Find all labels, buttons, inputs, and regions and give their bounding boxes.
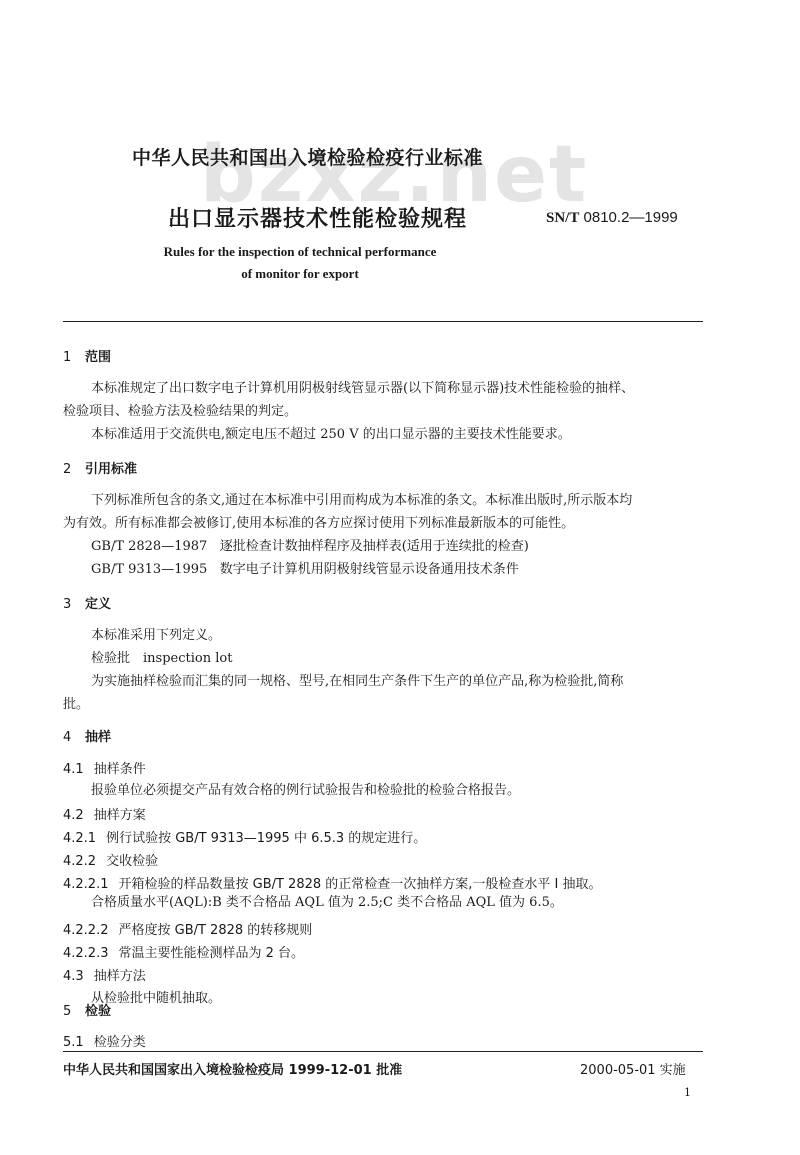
section-2-heading: 2引用标准 <box>63 458 137 477</box>
section-number: 2 <box>63 462 85 477</box>
section-5-heading: 5检验 <box>63 1000 111 1019</box>
footer-divider <box>63 1051 703 1052</box>
clause-4-2-2-3: 4.2.2.3常温主要性能检测样品为 2 台。 <box>63 942 304 965</box>
clause-4-2-1: 4.2.1例行试验按 GB/T 9313—1995 中 6.5.3 的规定进行。 <box>63 827 426 850</box>
section-3-heading: 3定义 <box>63 593 111 612</box>
document-title: 出口显示器技术性能检验规程 <box>168 202 467 233</box>
section-title: 定义 <box>85 597 111 612</box>
section-1-paragraph-2: 本标准适用于交流供电,额定电压不超过 250 V 的出口显示器的主要技术性能要求… <box>91 423 571 446</box>
subsection-title: 交收检验 <box>106 854 158 869</box>
section-title: 引用标准 <box>85 462 137 477</box>
reference-item: GB/T 2828—1987 逐批检查计数抽样程序及抽样表(适用于连续批的检查) <box>91 535 529 558</box>
clause-number: 4.2.2.3 <box>63 946 108 961</box>
header-divider <box>63 321 703 322</box>
clause-4-2-2-1-continuation: 合格质量水平(AQL):B 类不合格品 AQL 值为 2.5;C 类不合格品 A… <box>91 891 563 914</box>
subsection-title: 抽样方案 <box>94 808 146 823</box>
section-4-heading: 4抽样 <box>63 726 111 745</box>
subsection-number: 4.3 <box>63 969 84 984</box>
implementation-date: 2000-05-01 实施 <box>580 1059 686 1078</box>
section-number: 1 <box>63 350 85 365</box>
approval-line: 中华人民共和国国家出入境检验检疫局 1999-12-01 批准 <box>63 1059 402 1078</box>
subsection-5-1-heading: 5.1检验分类 <box>63 1031 146 1050</box>
subsection-title: 抽样条件 <box>94 762 146 777</box>
clause-number: 4.2.2.2 <box>63 923 108 938</box>
section-3-paragraph: 本标准采用下列定义。 <box>91 624 221 647</box>
subsection-number: 5.1 <box>63 1035 84 1050</box>
section-1-heading: 1范围 <box>63 346 111 365</box>
reference-title: 数字电子计算机用阴极射线管显示设备通用技术条件 <box>220 562 519 577</box>
issuer-title: 中华人民共和国出入境检验检疫行业标准 <box>132 143 483 170</box>
reference-code: GB/T 2828—1987 <box>91 539 207 554</box>
subsection-4-2-2-heading: 4.2.2交收检验 <box>63 850 158 869</box>
english-title-line-2: of monitor for export <box>120 266 480 282</box>
reference-title: 逐批检查计数抽样程序及抽样表(适用于连续批的检查) <box>220 539 529 554</box>
section-1-paragraph-1-line-1: 本标准规定了出口数字电子计算机用阴极射线管显示器(以下简称显示器)技术性能检验的… <box>91 377 634 400</box>
reference-item: GB/T 9313—1995 数字电子计算机用阴极射线管显示设备通用技术条件 <box>91 558 519 581</box>
subsection-4-1-heading: 4.1抽样条件 <box>63 758 146 777</box>
clause-number: 4.2.2.1 <box>63 877 108 892</box>
section-title: 检验 <box>85 1004 111 1019</box>
definition-text-line-2: 批。 <box>63 693 89 716</box>
subsection-4-1-text: 报验单位必须提交产品有效合格的例行试验报告和检验批的检验合格报告。 <box>91 779 520 802</box>
section-title: 抽样 <box>85 730 111 745</box>
section-1-paragraph-1-line-2: 检验项目、检验方法及检验结果的判定。 <box>63 400 297 423</box>
subsection-number: 4.2.2 <box>63 854 96 869</box>
subsection-number: 4.1 <box>63 762 84 777</box>
section-number: 3 <box>63 597 85 612</box>
section-number: 4 <box>63 730 85 745</box>
section-2-paragraph-line-2: 为有效。所有标准都会被修订,使用本标准的各方应探讨使用下列标准最新版本的可能性。 <box>63 512 574 535</box>
standard-code: SN/T 0810.2—1999 <box>546 209 678 227</box>
clause-text: 例行试验按 GB/T 9313—1995 中 6.5.3 的规定进行。 <box>106 831 426 846</box>
section-2-paragraph-line-1: 下列标准所包含的条文,通过在本标准中引用而构成为本标准的条文。本标准出版时,所示… <box>91 489 632 512</box>
definition-text-line-1: 为实施抽样检验而汇集的同一规格、型号,在相同生产条件下生产的单位产品,称为检验批… <box>91 670 623 693</box>
subsection-title: 检验分类 <box>94 1035 146 1050</box>
subsection-title: 抽样方法 <box>94 969 146 984</box>
subsection-number: 4.2 <box>63 808 84 823</box>
standard-code-prefix: SN/T <box>546 210 579 226</box>
english-title-line-1: Rules for the inspection of technical pe… <box>120 244 480 260</box>
clause-text: 开箱检验的样品数量按 GB/T 2828 的正常检查一次抽样方案,一般检查水平 … <box>118 877 601 892</box>
section-number: 5 <box>63 1004 85 1019</box>
definition-term: 检验批 inspection lot <box>91 647 232 670</box>
clause-4-2-2-2: 4.2.2.2严格度按 GB/T 2828 的转移规则 <box>63 919 312 942</box>
page-number: 1 <box>684 1086 691 1099</box>
section-title: 范围 <box>85 350 111 365</box>
clause-text: 常温主要性能检测样品为 2 台。 <box>118 946 304 961</box>
standard-code-number: 0810.2—1999 <box>584 209 678 226</box>
clause-number: 4.2.1 <box>63 831 96 846</box>
reference-code: GB/T 9313—1995 <box>91 562 207 577</box>
subsection-4-2-heading: 4.2抽样方案 <box>63 804 146 823</box>
clause-text: 严格度按 GB/T 2828 的转移规则 <box>118 923 312 938</box>
subsection-4-3-heading: 4.3抽样方法 <box>63 965 146 984</box>
